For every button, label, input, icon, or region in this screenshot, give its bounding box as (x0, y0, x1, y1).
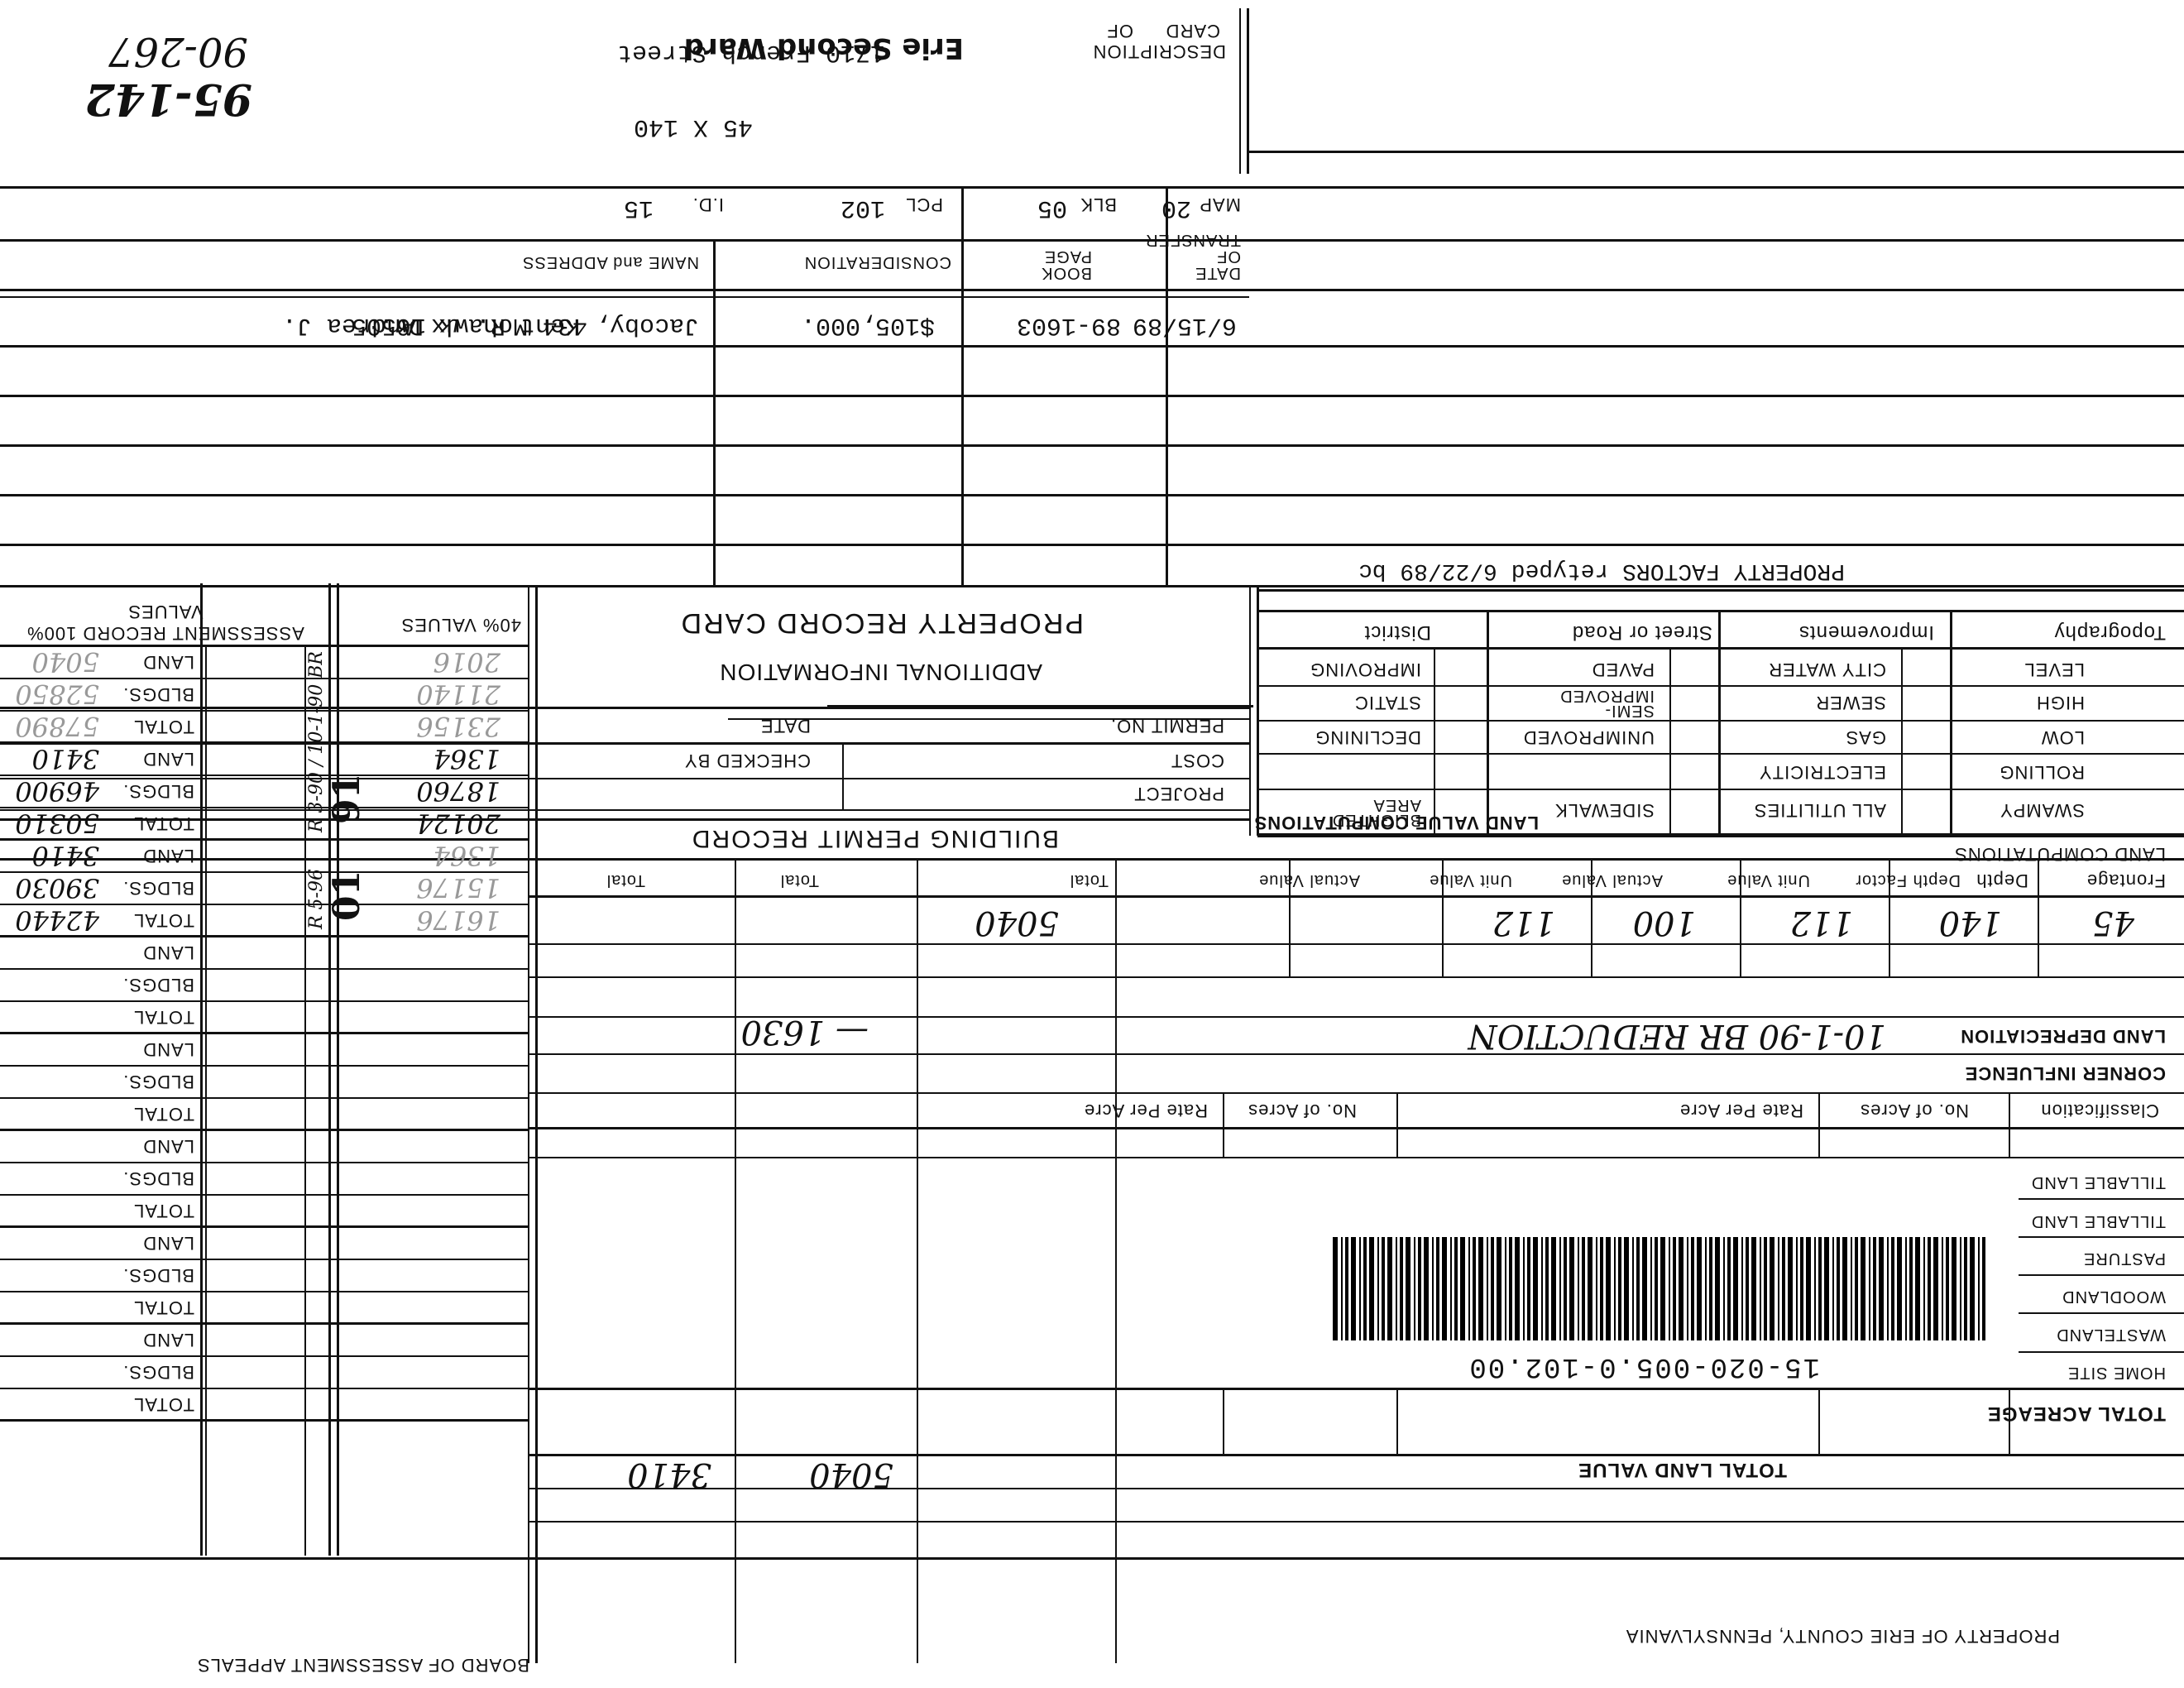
divider (1718, 612, 1721, 836)
assessment-row-line (0, 1419, 529, 1422)
divider (2019, 1236, 2184, 1238)
divider (2009, 1092, 2010, 1158)
factor-improving[interactable]: IMPROVING (1310, 659, 1421, 680)
assessment-row-label: LAND (142, 1329, 194, 1350)
value-100-cell: 5040 (32, 646, 99, 678)
transfer-consideration: $105,000. (801, 311, 935, 339)
pcl-value: 102 (841, 194, 885, 222)
permit-cost-label: PERMIT NO. (1110, 715, 1224, 736)
value-100-cell: 52850 (15, 679, 99, 710)
factor-sidewalk[interactable]: SIDEWALK (1554, 799, 1655, 821)
divider (1247, 8, 1249, 174)
value-100-cell: 50310 (15, 808, 99, 839)
assessment-row-line (0, 1259, 529, 1260)
transfer-book-page: 89-1603 (1017, 311, 1121, 339)
improvements-header: Improvements (1798, 621, 1934, 644)
assessment-row-line (0, 1225, 529, 1228)
value-100-cell: 3410 (32, 743, 99, 774)
divider (1950, 612, 1952, 836)
assessment-row-line (0, 1065, 529, 1067)
factor-sewer[interactable]: SEWER (1815, 692, 1886, 713)
divider (961, 240, 964, 290)
additional-info-title: ADDITIONAL INFORMATION (719, 659, 1042, 685)
divider (1166, 290, 1168, 587)
value-40-cell: 1364 (433, 840, 500, 871)
parcel-barcode (1332, 1237, 1985, 1340)
factor-gas[interactable]: GAS (1846, 727, 1886, 748)
value-100-cell: 42440 (15, 904, 99, 936)
assessment-row-label: BLDGS. (122, 1264, 194, 1286)
factor-unimproved[interactable]: UNIMPROVED (1523, 727, 1655, 748)
assessment-row-label: LAND (142, 651, 194, 673)
id-label: I.D. (692, 194, 724, 215)
divider (1257, 789, 2184, 790)
assessment-row-label: TOTAL (133, 1297, 194, 1318)
assessment-row-line (0, 1162, 529, 1163)
blk-value: 05 (1037, 194, 1067, 222)
factor-paved[interactable]: PAVED (1592, 659, 1655, 680)
divider (961, 189, 964, 240)
divider (529, 976, 2184, 978)
divider (529, 1157, 2184, 1158)
divider (529, 1127, 2184, 1129)
permit-project-label: PROJECT (1133, 783, 1224, 804)
assessment-row-label: BLDGS. (122, 1361, 194, 1383)
value-40-cell: 18760 (416, 775, 500, 807)
transfer-row-line (0, 345, 2184, 348)
assessment-row-label: LAND (142, 1038, 194, 1060)
divider (1257, 835, 2184, 837)
divider (917, 861, 918, 1663)
factor-static[interactable]: STATIC (1354, 692, 1421, 713)
divider (2009, 1390, 2010, 1456)
description-label: DESCRIPTION (1093, 41, 1226, 62)
divider (337, 583, 339, 1556)
rate-header-2: Rate Per Acre (1084, 1100, 1208, 1121)
value-100-cell: 39030 (15, 872, 99, 904)
factor-city-water[interactable]: CITY WATER (1768, 659, 1886, 680)
assessment-row-label: LAND (142, 845, 194, 866)
transfer-row-line (0, 494, 2184, 496)
divider (1289, 861, 1291, 976)
factor-high[interactable]: HIGH (2036, 692, 2085, 713)
divider (529, 1053, 2184, 1055)
street-road-header: Street or Road (1572, 621, 1712, 644)
divider (2019, 1274, 2184, 1276)
board-label: BOARD OF ASSESSMENT APPEALS (197, 1654, 529, 1676)
depth-factor-value: 112 (1790, 904, 1853, 942)
class-wasteland: WASTELAND (2056, 1325, 2166, 1344)
actual-value-value: 112 (1492, 904, 1555, 942)
divider (2019, 1351, 2184, 1353)
divider (2019, 1312, 2184, 1314)
divider (0, 585, 2184, 587)
assessment-row-line (0, 1129, 529, 1131)
value-40-cell: 2016 (433, 646, 500, 678)
divider (713, 240, 716, 290)
transfer-date: 6/15/89 (1133, 311, 1237, 339)
assessment-row-label: TOTAL (133, 1006, 194, 1028)
permit-date-label: DATE (760, 715, 811, 736)
handwritten-ref-1: 90-267 (108, 28, 248, 74)
factor-level[interactable]: LEVEL (2024, 659, 2086, 680)
depth-value: 140 (1939, 904, 2002, 942)
total-value-1: 5040 (975, 904, 1059, 942)
class-woodland: WOODLAND (2062, 1287, 2166, 1306)
factor-declining[interactable]: DECLINING (1315, 727, 1421, 748)
divider (1591, 861, 1592, 976)
factor-swampy[interactable]: SWAMPY (2000, 799, 2085, 821)
divider (713, 290, 716, 587)
rate-header-1: Rate Per Acre (1679, 1100, 1803, 1121)
value-100-cell: 46900 (15, 775, 99, 807)
divider (1223, 1390, 1224, 1456)
divider (1818, 1390, 1820, 1456)
divider (0, 296, 1249, 298)
transfer-row-line (0, 395, 2184, 397)
assessment-row-label: BLDGS. (122, 1071, 194, 1092)
assessment-row-line (0, 1000, 529, 1002)
assessment-row-line (0, 1388, 529, 1389)
divider (1396, 1390, 1398, 1456)
divider (0, 858, 2184, 861)
value-40-cell: 1364 (433, 743, 500, 774)
divider (529, 1454, 2184, 1456)
land-value-computations-title: LAND VALUE COMPUTATIONS (1254, 812, 1539, 833)
divider (528, 587, 529, 1663)
divider (842, 745, 844, 811)
assessment-row-line (0, 1032, 529, 1034)
divider (2038, 861, 2039, 976)
class-home-site: HOME SITE (2067, 1363, 2166, 1382)
divider (529, 1488, 2184, 1489)
building-permit-title: BUILDING PERMIT RECORD (691, 824, 1059, 852)
divider (529, 1092, 2184, 1094)
assessment-row-label: LAND (142, 942, 194, 963)
year-stamp: 01 (326, 870, 368, 921)
total-header-3: Total (606, 870, 645, 890)
assessment-note: R 3-90 / 10-1-90 BR (306, 651, 327, 832)
acres-header-2: No. of Acres (1248, 1100, 1357, 1121)
assessment-row-label: LAND (142, 1232, 194, 1254)
permit-checked-by-label: CHECKED BY (684, 750, 811, 771)
permit-cost-label-2: COST (1171, 750, 1224, 771)
property-factors-title: PROPERTY FACTORS retyped 6/22/89 bc (1358, 558, 1845, 583)
divider (1257, 589, 2184, 592)
total-acreage-label: TOTAL ACREAGE (1987, 1402, 2166, 1425)
divider (0, 289, 2184, 291)
depth-factor-header: Depth Factor (1855, 870, 1961, 890)
class-pasture: PASTURE (2083, 1249, 2166, 1268)
value-100-cell: 57890 (15, 711, 99, 742)
divider (1257, 685, 2184, 687)
divider (0, 186, 2184, 189)
classification-header: Classification (2040, 1100, 2159, 1121)
district-header: District (1364, 621, 1431, 644)
card-of-label: OF (1106, 20, 1133, 41)
handwritten-ref-2: 95-142 (85, 74, 253, 124)
land-depreciation-label: LAND DEPRECIATION (1960, 1025, 2166, 1047)
divider (1249, 151, 2184, 153)
land-computations-title: LAND COMPUTATIONS (1954, 843, 2166, 865)
description-dims: 45 X 140 (634, 113, 753, 141)
divider (1257, 647, 2184, 650)
id-value: 15 (624, 194, 654, 222)
actual-value-header-1: Actual Value (1561, 870, 1663, 890)
values-40-header: 40% VALUES (401, 614, 521, 635)
value-40-cell: 21140 (416, 679, 500, 710)
class-tillable-2: TILLABLE LAND (2031, 1211, 2166, 1230)
total-header-2: Total (780, 870, 819, 890)
assessment-row-label: TOTAL (133, 813, 194, 834)
pcl-label: PCL (905, 194, 943, 215)
divider (1434, 650, 1435, 836)
assessment-row-label: TOTAL (133, 909, 194, 931)
transfer-date-header: DATE OF TRANSFER (1175, 232, 1241, 281)
book-page-header: BOOK PAGE (1026, 248, 1092, 281)
transfer-zip: 16505 (352, 311, 426, 339)
total-land-value-2: 3410 (627, 1455, 711, 1494)
description-address: 1710 French Street (617, 38, 885, 66)
divider (1257, 720, 2184, 722)
property-record-card-title: PROPERTY RECORD CARD (680, 607, 1084, 639)
divider (1239, 8, 1241, 174)
map-label: MAP (1199, 194, 1241, 215)
divider (1487, 612, 1489, 836)
assessment-row-line (0, 1097, 529, 1099)
frontage-value: 45 (2092, 904, 2134, 942)
land-depreciation-amount: — 1630 (740, 1013, 869, 1051)
assessment-row-label: BLDGS. (122, 974, 194, 995)
divider (1257, 753, 2184, 755)
assessment-row-line (0, 1355, 529, 1357)
divider (1669, 650, 1671, 836)
assessment-row-label: TOTAL (133, 1200, 194, 1221)
divider (1115, 861, 1117, 1663)
divider (0, 239, 2184, 242)
unit-value-value: 100 (1633, 904, 1696, 942)
assessment-row-line (0, 1322, 529, 1325)
assessment-row-label: TOTAL (133, 716, 194, 737)
divider (535, 587, 538, 1663)
assessment-row-label: TOTAL (133, 1393, 194, 1415)
transfer-row-line (0, 544, 2184, 546)
corner-influence-label: CORNER INFLUENCE (1965, 1062, 2166, 1084)
factor-electricity[interactable]: ELECTRICITY (1759, 761, 1886, 783)
assessment-row-label: LAND (142, 748, 194, 770)
depth-header: Depth (1976, 870, 2028, 891)
year-stamp: 91 (326, 774, 368, 824)
assessment-row-label: BLDGS. (122, 1168, 194, 1189)
divider (200, 583, 203, 1556)
divider (2019, 1198, 2184, 1200)
acres-header-1: No. of Acres (1860, 1100, 1969, 1121)
land-depreciation-note: 10-1-90 BR REDUCTION (1468, 1017, 1886, 1055)
assessment-row-label: BLDGS. (122, 683, 194, 705)
divider (529, 943, 2184, 945)
factor-rolling[interactable]: ROLLING (1999, 761, 2085, 783)
divider (529, 895, 2184, 898)
divider (0, 778, 1249, 779)
class-tillable-1: TILLABLE LAND (2031, 1172, 2166, 1192)
value-40-cell: 20124 (416, 808, 500, 839)
blk-label: BLK (1080, 194, 1117, 215)
divider (0, 809, 1249, 811)
assessment-row-label: LAND (142, 1135, 194, 1157)
total-land-value-1: 5040 (809, 1455, 893, 1494)
assessment-row-label: TOTAL (133, 1103, 194, 1125)
divider (735, 861, 736, 1663)
divider (1740, 861, 1741, 976)
assessment-row-line (0, 1291, 529, 1292)
divider (529, 1388, 2184, 1390)
factor-semi-improved[interactable]: SEMI-IMPROVED (1539, 688, 1655, 718)
actual-value-header-2: Actual Value (1258, 870, 1360, 890)
transfer-row-line (0, 444, 2184, 447)
assessment-row-line (0, 1194, 529, 1196)
property-record-card: CARD OF Erie Second Ward DESCRIPTION 171… (0, 0, 2184, 1688)
value-40-cell: 16176 (416, 904, 500, 936)
value-100-cell: 3410 (32, 840, 99, 871)
divider (0, 1557, 2184, 1560)
total-land-value-label: TOTAL LAND VALUE (1578, 1458, 1787, 1481)
divider (328, 583, 331, 1556)
divider (1257, 587, 1259, 836)
factor-low[interactable]: LOW (2041, 727, 2085, 748)
county-label: PROPERTY OF ERIE COUNTY, PENNSYLVANIA (1626, 1625, 2060, 1647)
divider (1901, 650, 1903, 836)
divider (1396, 1092, 1398, 1158)
divider (1818, 1092, 1820, 1158)
assessment-record-header: ASSESSMENT RECORD 100% VALUES (4, 601, 327, 644)
divider (1889, 861, 1890, 976)
value-40-cell: 15176 (416, 872, 500, 904)
divider (1249, 587, 1251, 836)
frontage-header: Frontage (2086, 870, 2166, 891)
divider (1257, 610, 2184, 612)
factor-all-utilities[interactable]: ALL UTILITIES (1754, 799, 1886, 821)
divider (961, 290, 964, 587)
assessment-row-label: BLDGS. (122, 877, 194, 899)
total-header-1: Total (1070, 870, 1109, 890)
parcel-number: 15-020-005.0-102.00 (1468, 1350, 1820, 1382)
assessment-row-line (0, 968, 529, 970)
assessment-note: R 5-96 (306, 869, 327, 929)
name-address-header: NAME and ADDRESS (522, 252, 699, 271)
divider (529, 1521, 2184, 1523)
value-40-cell: 23156 (416, 711, 500, 742)
divider (1223, 1092, 1224, 1158)
card-label: CARD (1166, 20, 1220, 41)
divider (0, 707, 1249, 709)
consideration-header: CONSIDERATION (804, 252, 951, 271)
assessment-row-label: BLDGS. (122, 780, 194, 802)
divider (1442, 861, 1444, 976)
topography-header: Topography (2054, 621, 2166, 644)
